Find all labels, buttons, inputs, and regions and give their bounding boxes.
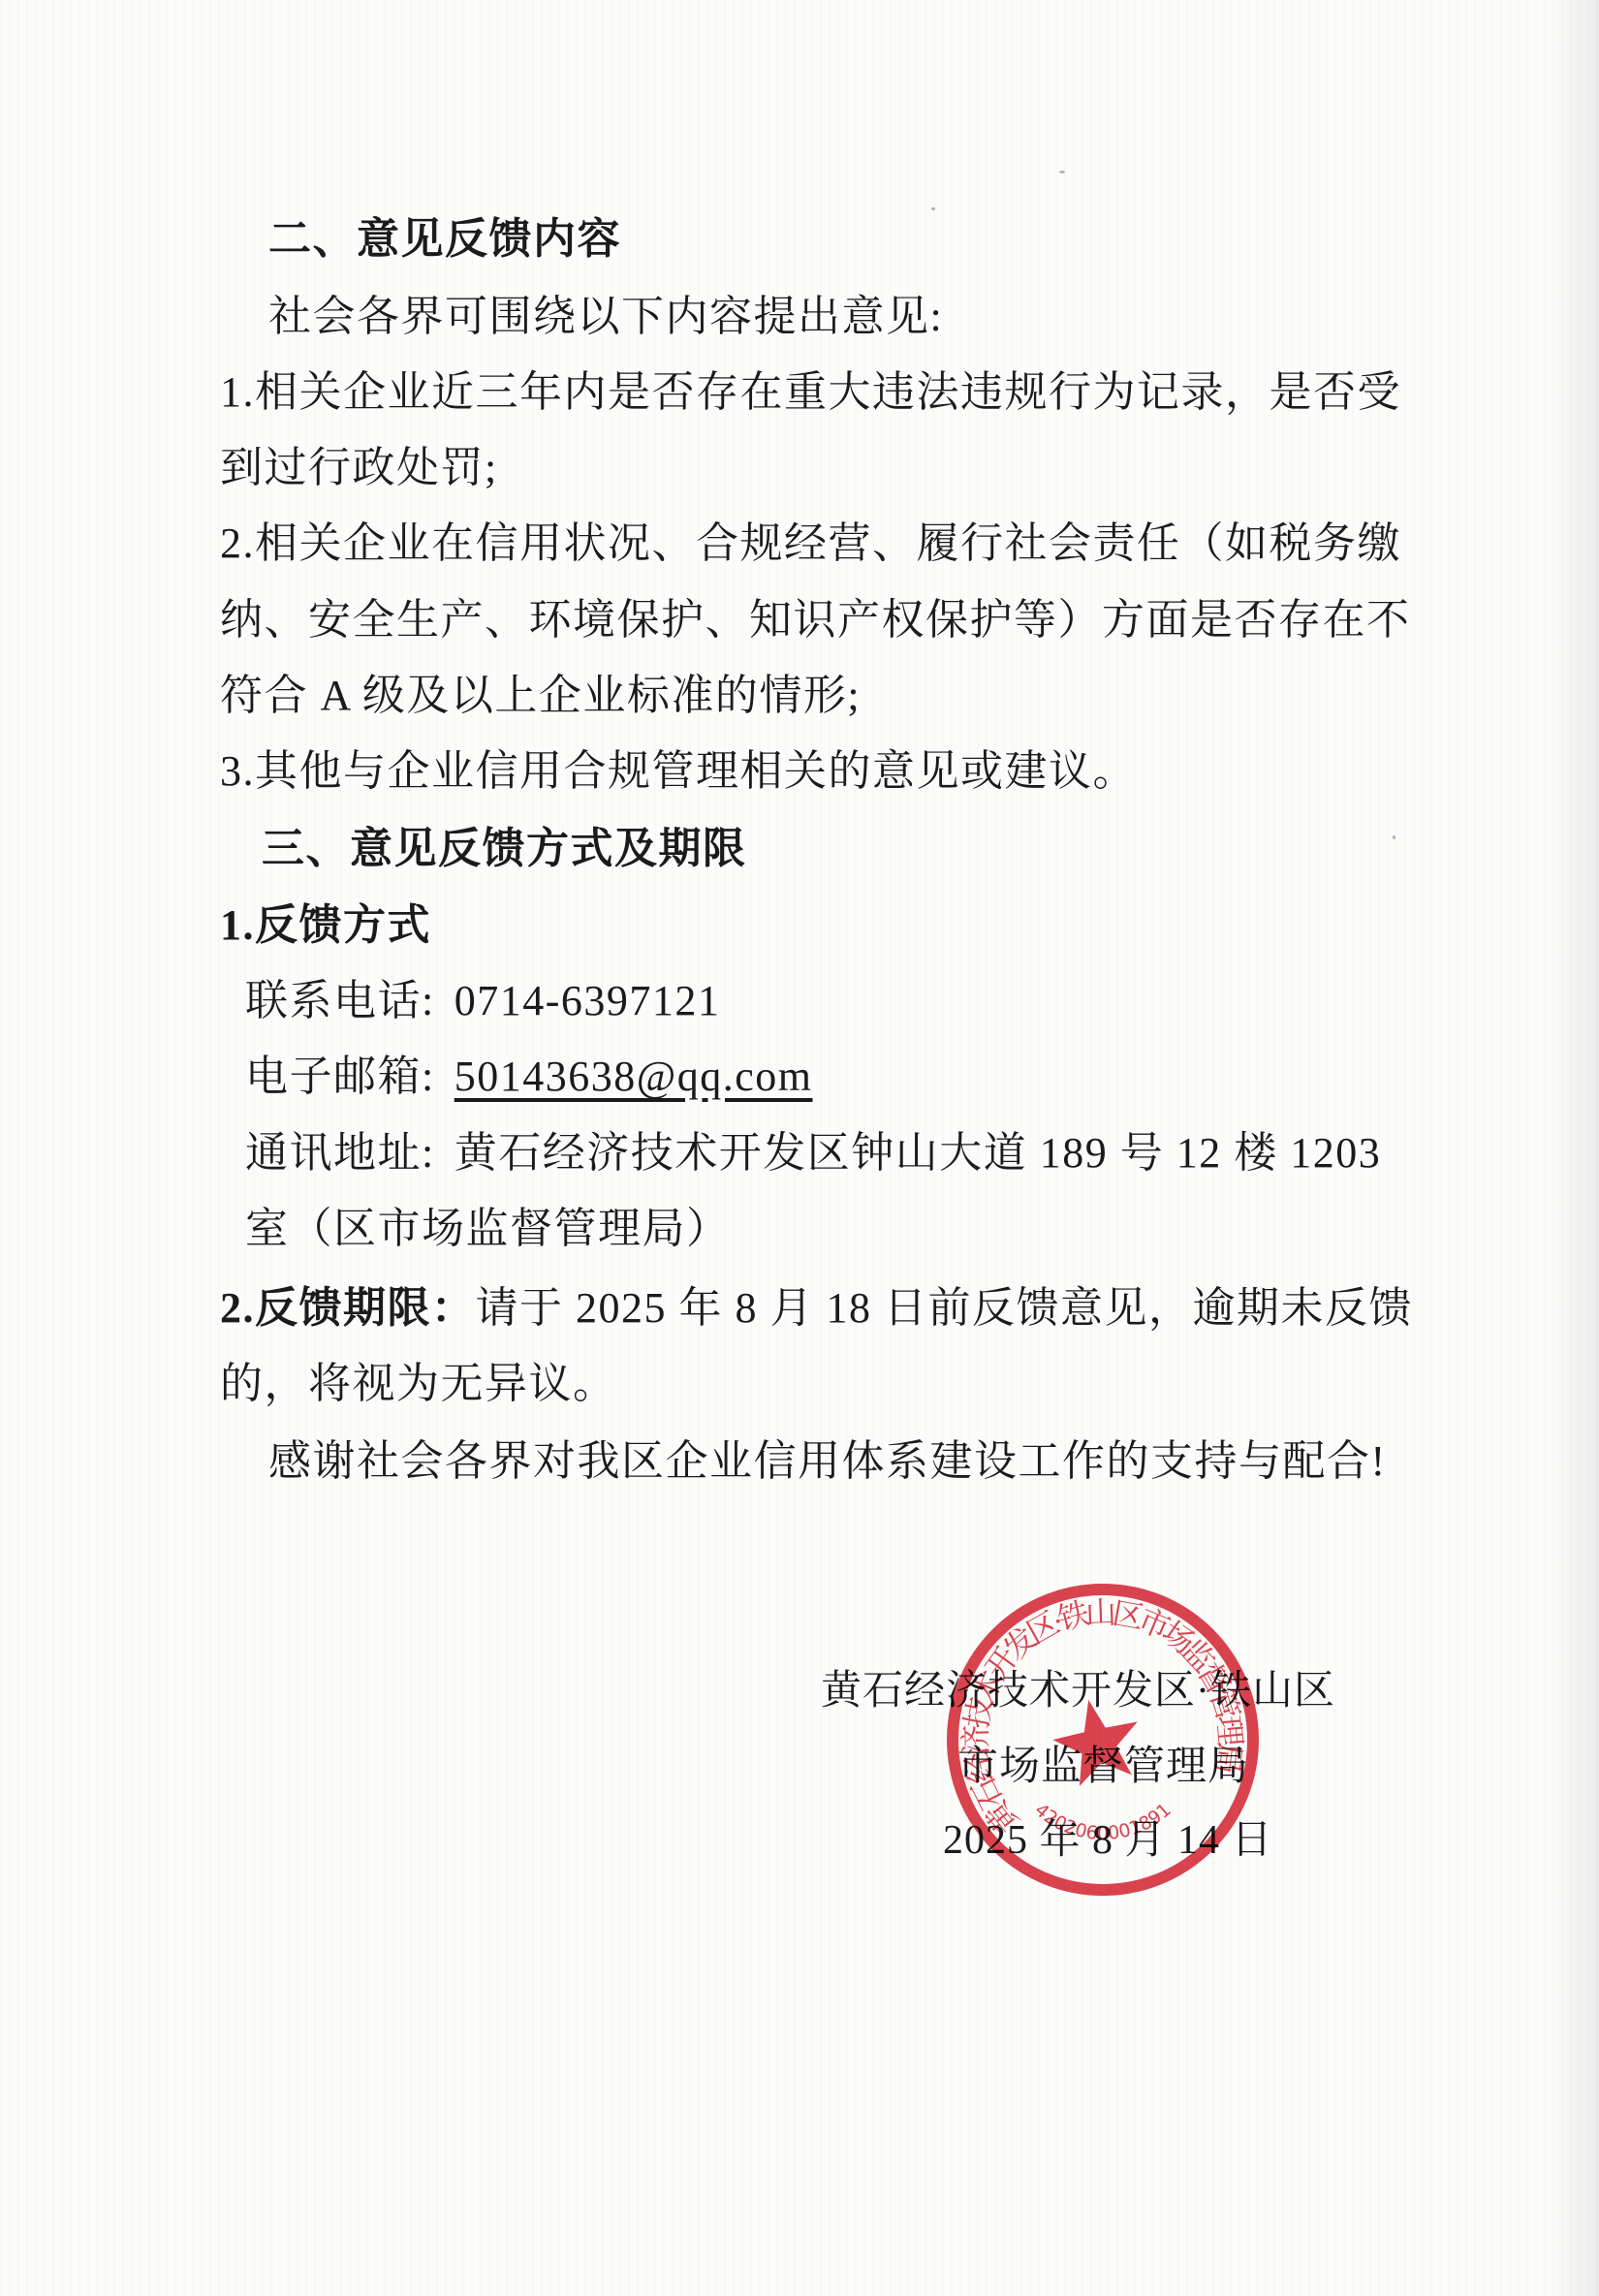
address-line: 通讯地址:黄石经济技术开发区钟山大道 189 号 12 楼 1203	[245, 1130, 1381, 1177]
email-line: 电子邮箱:50143638@qq.com	[245, 1054, 813, 1100]
official-seal-stamp: 黄石经济技术开发区·铁山区市场监督管理局 4202060001891	[936, 1573, 1270, 1906]
sub1-heading: 1.反馈方式	[220, 902, 431, 949]
item2-line3: 符合 A 级及以上企业标准的情形;	[220, 673, 861, 719]
scan-speck	[1059, 171, 1065, 173]
email-label: 电子邮箱:	[245, 1053, 435, 1100]
scan-speck	[1393, 835, 1395, 839]
email-value: 50143638@qq.com	[455, 1053, 813, 1100]
item2-line2: 纳、安全生产、环境保护、知识产权保护等）方面是否存在不	[220, 597, 1411, 644]
deadline-line2: 的，将视为无异议。	[220, 1361, 617, 1407]
section2-heading: 二、意见反馈内容	[268, 216, 621, 263]
section3-heading: 三、意见反馈方式及期限	[262, 826, 747, 872]
seal-serial-number: 4202060001891	[1030, 1799, 1175, 1844]
address-value: 黄石经济技术开发区钟山大道 189 号 12 楼 1203	[455, 1129, 1382, 1177]
scan-right-edge-shadow	[1546, 0, 1599, 2296]
deadline-text: 请于 2025 年 8 月 18 日前反馈意见，逾期未反馈	[476, 1284, 1414, 1332]
item1-line1: 1.相关企业近三年内是否存在重大违法违规行为记录，是否受	[220, 369, 1401, 416]
item1-line2: 到过行政处罚;	[220, 445, 498, 491]
seal-serial-textpath: 4202060001891	[1030, 1799, 1175, 1844]
sub2-heading: 2.反馈期限：	[220, 1284, 476, 1332]
address-line2: 室（区市场监督管理局）	[245, 1206, 731, 1252]
scan-speck	[931, 207, 935, 210]
seal-star-icon	[1047, 1691, 1148, 1790]
intro-line: 社会各界可围绕以下内容提出意见:	[268, 294, 943, 340]
phone-label: 联系电话:	[245, 977, 435, 1024]
phone-value: 0714-6397121	[455, 977, 721, 1024]
address-label: 通讯地址:	[245, 1129, 435, 1177]
scanned-notice-page: 二、意见反馈内容 社会各界可围绕以下内容提出意见: 1.相关企业近三年内是否存在…	[0, 0, 1599, 2296]
item2-line1: 2.相关企业在信用状况、合规经营、履行社会责任（如税务缴	[220, 520, 1401, 567]
thanks-line: 感谢社会各界对我区企业信用体系建设工作的支持与配合!	[268, 1438, 1387, 1485]
deadline-line: 2.反馈期限：请于 2025 年 8 月 18 日前反馈意见，逾期未反馈	[220, 1285, 1413, 1332]
phone-line: 联系电话:0714-6397121	[245, 978, 720, 1024]
item3-line: 3.其他与企业信用合规管理相关的意见或建议。	[220, 748, 1137, 795]
